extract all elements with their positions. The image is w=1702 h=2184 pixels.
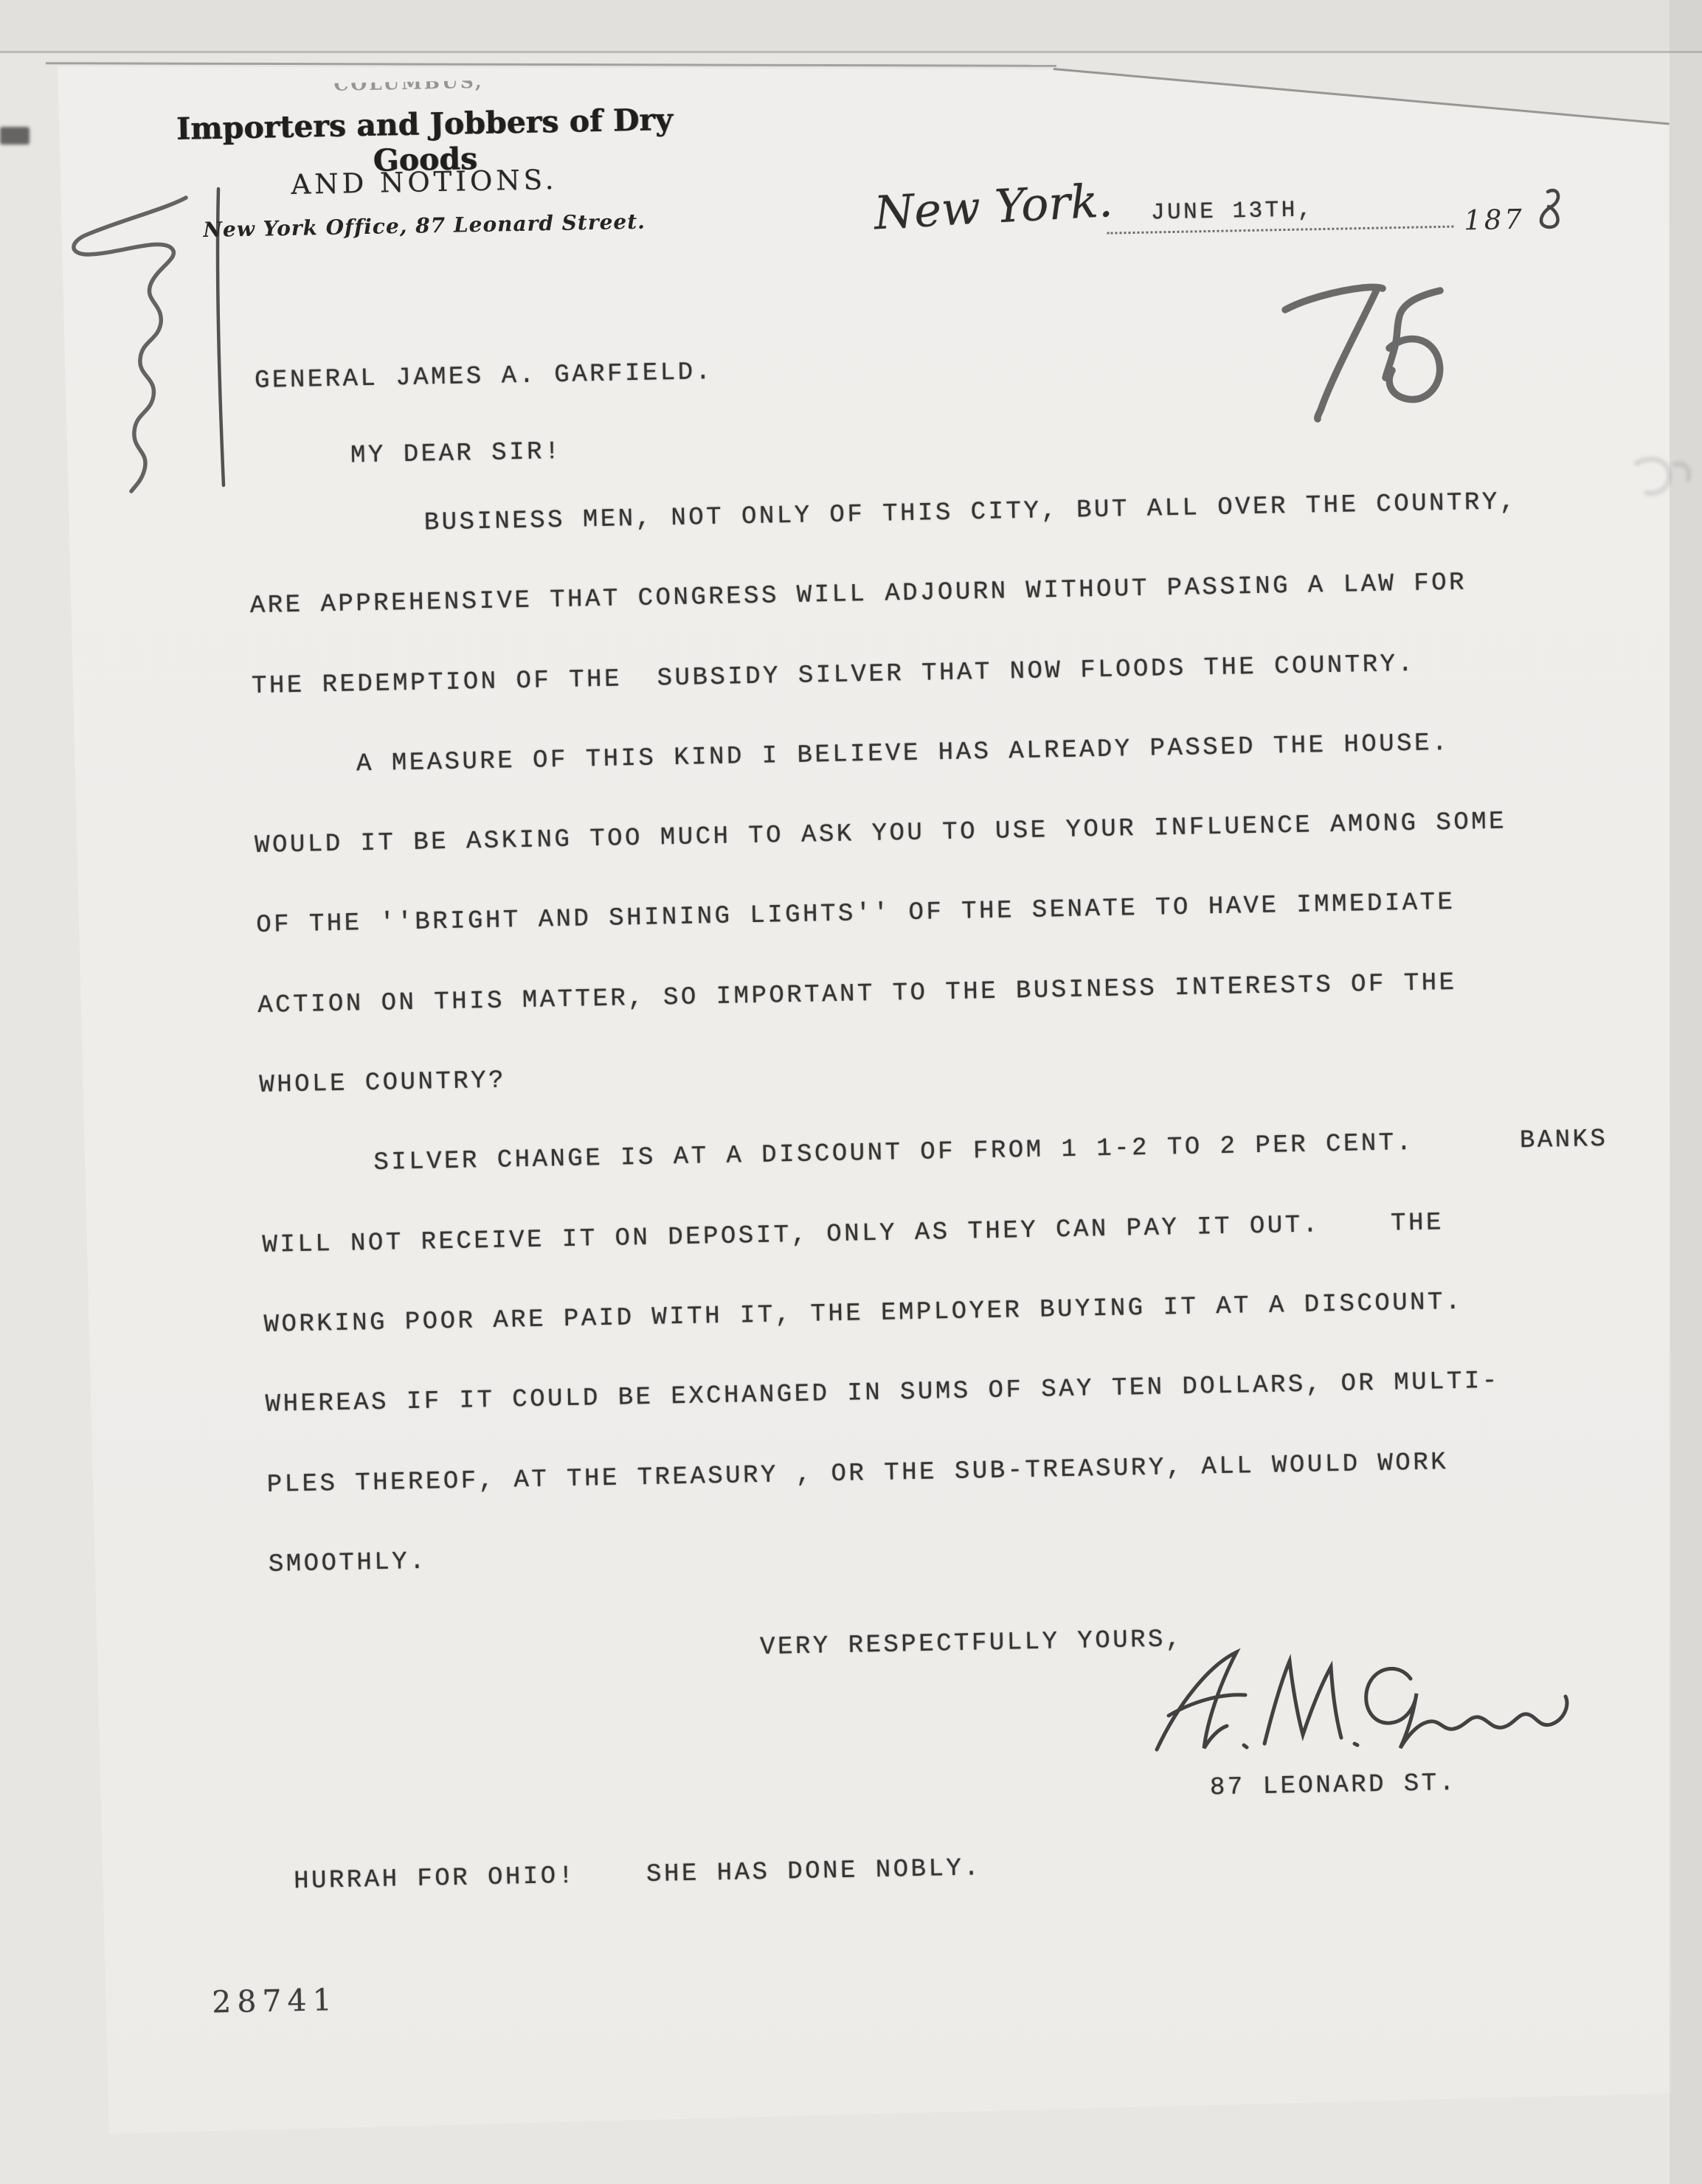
- dateline-typed-date: JUNE 13TH,: [1151, 197, 1315, 226]
- scanned-letter-page: COLUMBUS, Importers and Jobbers of Dry G…: [0, 0, 1702, 2184]
- dateline-printed-year: 187: [1464, 204, 1525, 237]
- salutation-line: MY DEAR SIR!: [350, 438, 563, 471]
- recipient-line: GENERAL JAMES A. GARFIELD.: [255, 358, 713, 396]
- letter-content: COLUMBUS, Importers and Jobbers of Dry G…: [0, 0, 1702, 2184]
- dateline-place-script: New York.: [873, 173, 1114, 240]
- valediction-line: VERY RESPECTFULLY YOURS,: [760, 1626, 1183, 1663]
- archive-number-stamp: 28741: [212, 1982, 338, 2020]
- letter-body: BUSINESS MEN, NOT ONLY OF THIS CITY, BUT…: [249, 485, 1702, 1632]
- signature-address-line: 87 LEONARD ST.: [1210, 1769, 1457, 1803]
- faded-letterhead-fragment: COLUMBUS,: [333, 71, 484, 95]
- postscript-line: HURRAH FOR OHIO! SHE HAS DONE NOBLY.: [294, 1854, 982, 1896]
- letterhead-office-line: New York Office, 87 Leonard Street.: [140, 208, 708, 243]
